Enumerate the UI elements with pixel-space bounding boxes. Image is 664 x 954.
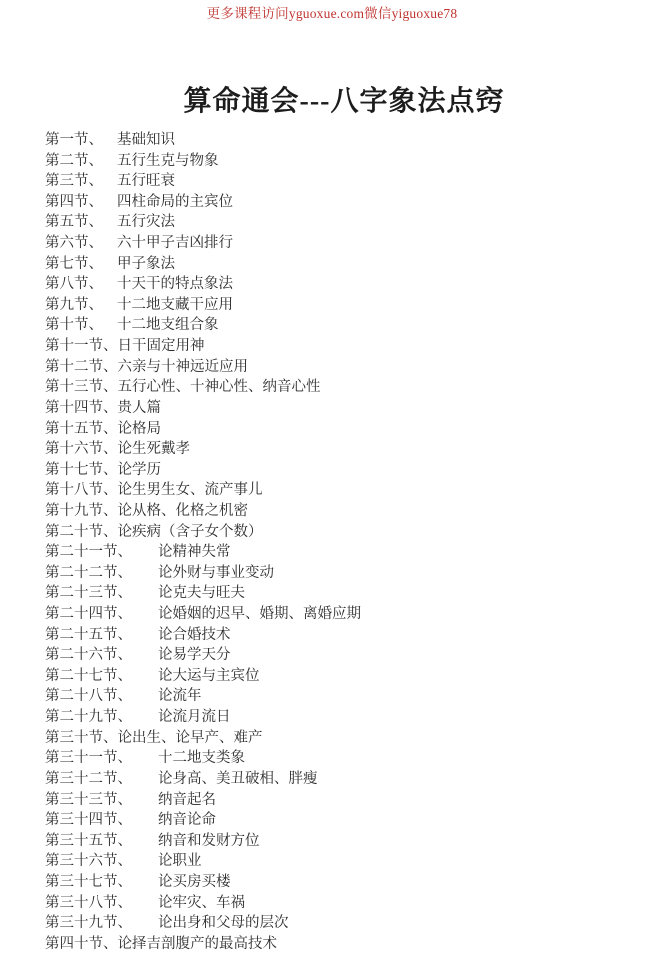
toc-item-title: 论合婚技术 — [158, 627, 231, 643]
toc-item-number: 第十五节、 — [45, 419, 118, 440]
toc-item: 第二十一节、论精神失常 — [45, 542, 644, 563]
toc-item-number: 第三节、 — [45, 171, 117, 192]
toc-item-title: 论学历 — [118, 462, 162, 478]
toc-item-number: 第六节、 — [45, 233, 117, 254]
toc-item-title: 论生死戴孝 — [118, 441, 191, 457]
toc-item-title: 论牢灾、车祸 — [158, 895, 245, 911]
toc-item: 第二十六节、论易学天分 — [45, 645, 644, 666]
toc-item: 第二十八节、论流年 — [45, 686, 644, 707]
toc-item-title: 论生男生女、流产事儿 — [118, 482, 263, 498]
toc-item-number: 第三十九节、 — [45, 913, 158, 934]
toc-item-number: 第十七节、 — [45, 460, 118, 481]
toc-item: 第三十一节、十二地支类象 — [45, 748, 644, 769]
toc-item: 第三十九节、论出身和父母的层次 — [45, 913, 644, 934]
toc-item-title: 论职业 — [158, 853, 202, 869]
toc-item: 第十八节、论生男生女、流产事儿 — [45, 480, 644, 501]
toc-item: 第三十四节、纳音论命 — [45, 810, 644, 831]
toc-item-number: 第二十七节、 — [45, 666, 158, 687]
toc-item-title: 日干固定用神 — [118, 338, 205, 354]
toc-item-title: 纳音起名 — [158, 792, 216, 808]
toc-item: 第十九节、论从格、化格之机密 — [45, 501, 644, 522]
toc-item: 第二十三节、论克夫与旺夫 — [45, 583, 644, 604]
toc-item-number: 第十三节、 — [45, 377, 118, 398]
toc-item-number: 第十四节、 — [45, 398, 118, 419]
toc-item-number: 第二十二节、 — [45, 563, 158, 584]
toc-item-number: 第二十五节、 — [45, 625, 158, 646]
toc-item-number: 第三十六节、 — [45, 851, 158, 872]
toc-item: 第十五节、论格局 — [45, 419, 644, 440]
toc-item-title: 论流年 — [158, 688, 202, 704]
toc-item: 第七节、甲子象法 — [45, 254, 644, 275]
toc-item-number: 第八节、 — [45, 274, 117, 295]
toc-item: 第十二节、六亲与十神远近应用 — [45, 357, 644, 378]
toc-item: 第十节、十二地支组合象 — [45, 315, 644, 336]
toc-item-number: 第五节、 — [45, 212, 117, 233]
toc-item-number: 第四节、 — [45, 192, 117, 213]
toc-item-number: 第三十五节、 — [45, 831, 158, 852]
toc-item-number: 第十九节、 — [45, 501, 118, 522]
toc-item-number: 第二十三节、 — [45, 583, 158, 604]
toc-item-number: 第十八节、 — [45, 480, 118, 501]
toc-item-title: 论精神失常 — [158, 544, 231, 560]
toc-item-title: 论择吉剖腹产的最高技术 — [118, 936, 278, 952]
toc-item-title: 六亲与十神远近应用 — [118, 359, 249, 375]
toc-item: 第二十七节、论大运与主宾位 — [45, 666, 644, 687]
toc-item: 第二十节、论疾病（含子女个数） — [45, 522, 644, 543]
toc-item-title: 十天干的特点象法 — [117, 276, 233, 292]
toc-item-number: 第十六节、 — [45, 439, 118, 460]
toc-item-number: 第十节、 — [45, 315, 117, 336]
toc-item: 第十一节、日干固定用神 — [45, 336, 644, 357]
toc-item-number: 第三十一节、 — [45, 748, 158, 769]
toc-item-number: 第三十节、 — [45, 728, 118, 749]
toc-item-title: 论易学天分 — [158, 647, 231, 663]
toc-item-title: 论外财与事业变动 — [158, 565, 274, 581]
toc-item-number: 第三十四节、 — [45, 810, 158, 831]
toc-item-number: 第二十九节、 — [45, 707, 158, 728]
table-of-contents: 第一节、基础知识 第二节、五行生克与物象 第三节、五行旺衰 第四节、四柱命局的主… — [45, 130, 644, 954]
toc-item-number: 第二节、 — [45, 151, 117, 172]
toc-item-title: 贵人篇 — [118, 400, 162, 416]
toc-item: 第三十七节、论买房买楼 — [45, 872, 644, 893]
toc-item: 第六节、六十甲子吉凶排行 — [45, 233, 644, 254]
toc-item-number: 第二十四节、 — [45, 604, 158, 625]
toc-item-title: 五行旺衰 — [117, 173, 175, 189]
toc-item: 第三十五节、纳音和发财方位 — [45, 831, 644, 852]
toc-item-number: 第十二节、 — [45, 357, 118, 378]
toc-item-number: 第三十七节、 — [45, 872, 158, 893]
toc-item: 第二节、五行生克与物象 — [45, 151, 644, 172]
toc-item-title: 基础知识 — [117, 132, 175, 148]
toc-item: 第三十二节、论身高、美丑破相、胖瘦 — [45, 769, 644, 790]
toc-item-title: 五行灾法 — [117, 214, 175, 230]
toc-item-title: 纳音论命 — [158, 812, 216, 828]
toc-item-number: 第七节、 — [45, 254, 117, 275]
toc-item-title: 论克夫与旺夫 — [158, 585, 245, 601]
toc-item: 第四节、四柱命局的主宾位 — [45, 192, 644, 213]
toc-item: 第二十四节、论婚姻的迟早、婚期、离婚应期 — [45, 604, 644, 625]
toc-item: 第十六节、论生死戴孝 — [45, 439, 644, 460]
toc-item-number: 第三十三节、 — [45, 790, 158, 811]
toc-item: 第八节、十天干的特点象法 — [45, 274, 644, 295]
toc-item: 第二十二节、论外财与事业变动 — [45, 563, 644, 584]
toc-item: 第九节、十二地支藏干应用 — [45, 295, 644, 316]
toc-item: 第三十节、论出生、论早产、难产 — [45, 728, 644, 749]
toc-item-title: 十二地支类象 — [158, 750, 245, 766]
toc-item: 第二十九节、论流月流日 — [45, 707, 644, 728]
toc-item: 第十七节、论学历 — [45, 460, 644, 481]
toc-item-title: 十二地支藏干应用 — [117, 297, 233, 313]
toc-item-number: 第四十节、 — [45, 934, 118, 954]
toc-item-title: 论出生、论早产、难产 — [118, 730, 263, 746]
toc-item-number: 第二十节、 — [45, 522, 118, 543]
toc-item-title: 六十甲子吉凶排行 — [117, 235, 233, 251]
toc-item-title: 五行生克与物象 — [117, 153, 219, 169]
toc-item: 第十四节、贵人篇 — [45, 398, 644, 419]
toc-item: 第四十节、论择吉剖腹产的最高技术 — [45, 934, 644, 954]
toc-item-number: 第二十一节、 — [45, 542, 158, 563]
toc-item: 第五节、五行灾法 — [45, 212, 644, 233]
toc-item: 第一节、基础知识 — [45, 130, 644, 151]
toc-item-title: 五行心性、十神心性、纳音心性 — [118, 379, 321, 395]
toc-item-title: 论婚姻的迟早、婚期、离婚应期 — [158, 606, 361, 622]
watermark-text: 更多课程访问yguoxue.com微信yiguoxue78 — [0, 2, 664, 22]
toc-item-number: 第二十六节、 — [45, 645, 158, 666]
toc-item-title: 纳音和发财方位 — [158, 833, 260, 849]
page-title: 算命通会---八字象法点窍 — [24, 79, 664, 119]
toc-item-title: 论从格、化格之机密 — [118, 503, 249, 519]
toc-item-number: 第十一节、 — [45, 336, 118, 357]
toc-item: 第二十五节、论合婚技术 — [45, 625, 644, 646]
toc-item: 第三十八节、论牢灾、车祸 — [45, 893, 644, 914]
toc-item-title: 论流月流日 — [158, 709, 231, 725]
toc-item-title: 论大运与主宾位 — [158, 668, 260, 684]
toc-item-title: 论格局 — [118, 421, 162, 437]
toc-item-title: 十二地支组合象 — [117, 317, 219, 333]
toc-item-number: 第三十八节、 — [45, 893, 158, 914]
toc-item-title: 论出身和父母的层次 — [158, 915, 289, 931]
toc-item-title: 论身高、美丑破相、胖瘦 — [158, 771, 318, 787]
toc-item: 第十三节、五行心性、十神心性、纳音心性 — [45, 377, 644, 398]
toc-item-title: 四柱命局的主宾位 — [117, 194, 233, 210]
toc-item-number: 第一节、 — [45, 130, 117, 151]
toc-item-number: 第九节、 — [45, 295, 117, 316]
toc-item-number: 第二十八节、 — [45, 686, 158, 707]
toc-item: 第三节、五行旺衰 — [45, 171, 644, 192]
toc-item-title: 甲子象法 — [117, 256, 175, 272]
toc-item-title: 论疾病（含子女个数） — [118, 524, 263, 540]
toc-item: 第三十六节、论职业 — [45, 851, 644, 872]
toc-item-title: 论买房买楼 — [158, 874, 231, 890]
toc-item: 第三十三节、纳音起名 — [45, 790, 644, 811]
toc-item-number: 第三十二节、 — [45, 769, 158, 790]
